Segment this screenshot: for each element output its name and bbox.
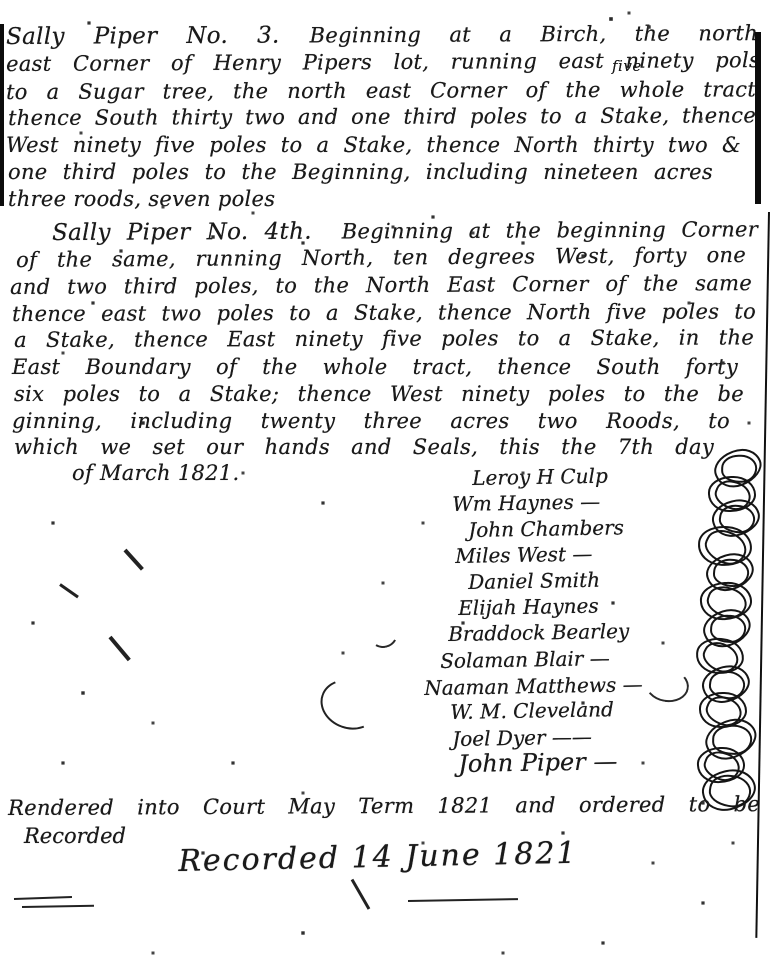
signature: Wm Haynes — [452,489,600,516]
signature: Naaman Matthews — [424,672,643,700]
text-line-content: Beginning at the beginning Corner [342,217,758,243]
text-line: three roods, seven poles [8,187,275,211]
signature: John Piper — [458,747,618,778]
text-line: Sally Piper No. 4th.Beginning at the beg… [52,216,758,246]
text-line: of March 1821. [72,461,239,485]
scan-edge-right-thin [755,212,770,938]
tract-heading: Sally Piper No. 4th. [52,219,312,246]
text-line: West ninety five poles to a Stake, thenc… [6,133,741,157]
text-line-content: Beginning at a Birch, the north [310,21,759,47]
ink-smudge [124,549,144,571]
court-entry-line: Recorded [24,824,126,848]
signature: W. M. Cleveland [450,697,614,724]
ink-smudge [365,615,402,652]
text-line: thence east two poles to a Stake, thence… [12,299,756,326]
text-line: ginning, including twenty three acres tw… [12,409,730,433]
ink-smudge [351,879,371,910]
court-entry-line: Rendered into Court May Term 1821 and or… [8,792,760,820]
ink-smudge [22,905,94,908]
text-line: East Boundary of the whole tract, thence… [12,355,738,379]
text-line: of the same, running North, ten degrees … [16,243,746,272]
signature: Leroy H Culp [472,464,608,490]
ink-smudge [642,664,691,705]
scan-edge-left [0,24,4,206]
signature: Solaman Blair — [440,646,610,673]
tract-heading: Sally Piper No. 3. [6,23,280,50]
text-line: to a Sugar tree, the north east Corner o… [6,77,756,104]
signature: John Chambers [468,515,624,542]
text-line: six poles to a Stake; thence West ninety… [14,382,744,406]
signature: Daniel Smith [468,568,600,594]
scan-noise-specks [0,0,2,2]
signature: Elijah Haynes [458,594,599,620]
ink-smudge [313,671,385,737]
ink-smudge [59,583,79,598]
ink-smudge [14,896,72,900]
text-line: and two third poles, to the North East C… [10,271,752,299]
ink-smudge [408,898,518,902]
text-line: one third poles to the Beginning, includ… [8,160,713,184]
recorded-date-line: Recorded 14 June 1821 [178,836,578,879]
text-line: a Stake, thence East ninety five poles t… [14,325,754,352]
signature: Miles West — [455,542,593,568]
text-line: which we set our hands and Seals, this t… [14,435,714,459]
text-line: thence South thirty two and one third po… [8,103,756,130]
signature: Braddock Bearley [448,619,629,646]
text-line: east Corner of Henry Pipers lot, running… [6,48,760,76]
interlined-insertion: five [612,57,642,75]
ink-smudge [108,636,130,662]
scanned-document-page: Sally Piper No. 3.Beginning at a Birch, … [0,0,780,968]
scan-edge-right-thick [755,32,761,204]
text-line: Sally Piper No. 3.Beginning at a Birch, … [6,20,758,50]
